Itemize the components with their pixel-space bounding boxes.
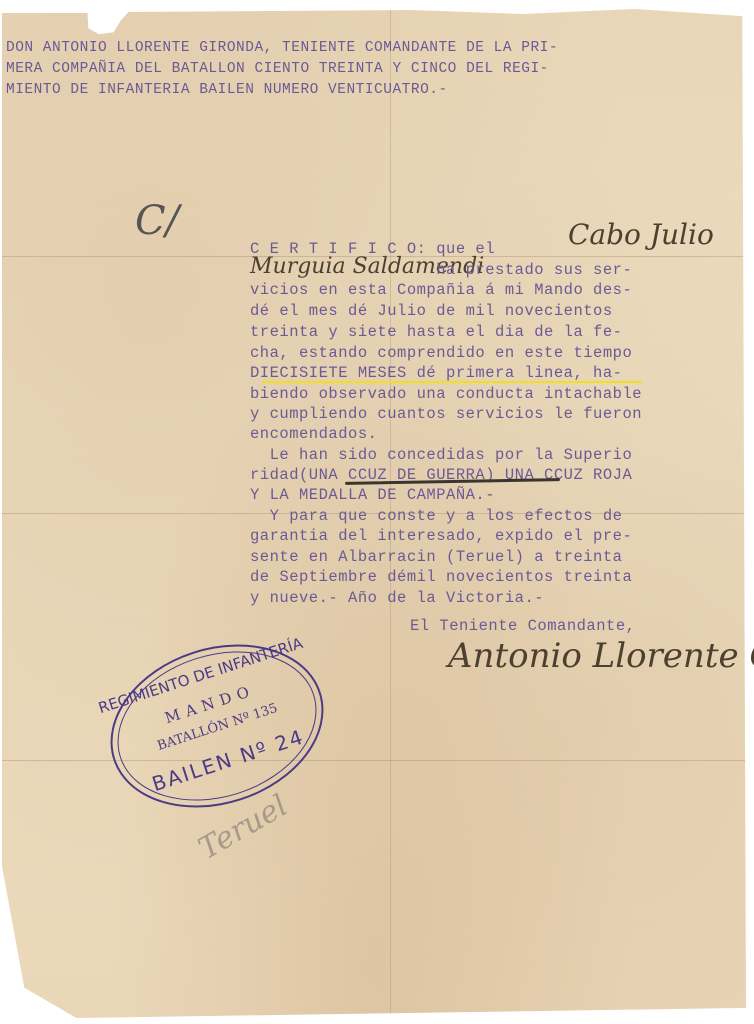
signature: Antonio Llorente G. xyxy=(448,636,754,676)
margin-note: C/ xyxy=(135,198,179,244)
body-line: DIECISIETE MESES dé primera linea, ha- xyxy=(250,364,622,382)
header-line: MERA COMPAÑIA DEL BATALLON CIENTO TREINT… xyxy=(6,61,549,77)
body-line: biendo observado una conducta intachable xyxy=(250,385,642,403)
body-line: cha, estando comprendido en este tiempo xyxy=(250,344,632,362)
body-line: Y LA MEDALLA DE CAMPAÑA.- xyxy=(250,486,495,504)
handwritten-rank-name: Cabo Julio xyxy=(568,218,714,251)
header-line: DON ANTONIO LLORENTE GIRONDA, TENIENTE C… xyxy=(6,40,558,56)
body-line: garantia del interesado, expido el pre- xyxy=(250,527,632,545)
body-line: de Septiembre démil novecientos treinta xyxy=(250,568,632,586)
body-line: encomendados. xyxy=(250,425,377,443)
body-line: C E R T I F I C O: que el xyxy=(250,240,495,258)
header-line: MIENTO DE INFANTERIA BAILEN NUMERO VENTI… xyxy=(6,82,448,98)
body-line: sente en Albarracin (Teruel) a treinta xyxy=(250,548,622,566)
body-line: dé el mes dé Julio de mil novecientos xyxy=(250,302,613,320)
body-line: Le han sido concedidas por la Superio xyxy=(250,446,632,464)
body-line: vicios en esta Compañia á mi Mando des- xyxy=(250,281,632,299)
signatory-title: El Teniente Comandante, xyxy=(410,617,635,635)
body-line: y nueve.- Año de la Victoria.- xyxy=(250,589,544,607)
body-line: treinta y siete hasta el dia de la fe- xyxy=(250,323,622,341)
body-line: ha prestado sus ser- xyxy=(250,261,632,279)
body-line: y cumpliendo cuantos servicios le fueron xyxy=(250,405,642,423)
body-line: Y para que conste y a los efectos de xyxy=(250,507,622,525)
highlight-underline xyxy=(262,381,642,383)
